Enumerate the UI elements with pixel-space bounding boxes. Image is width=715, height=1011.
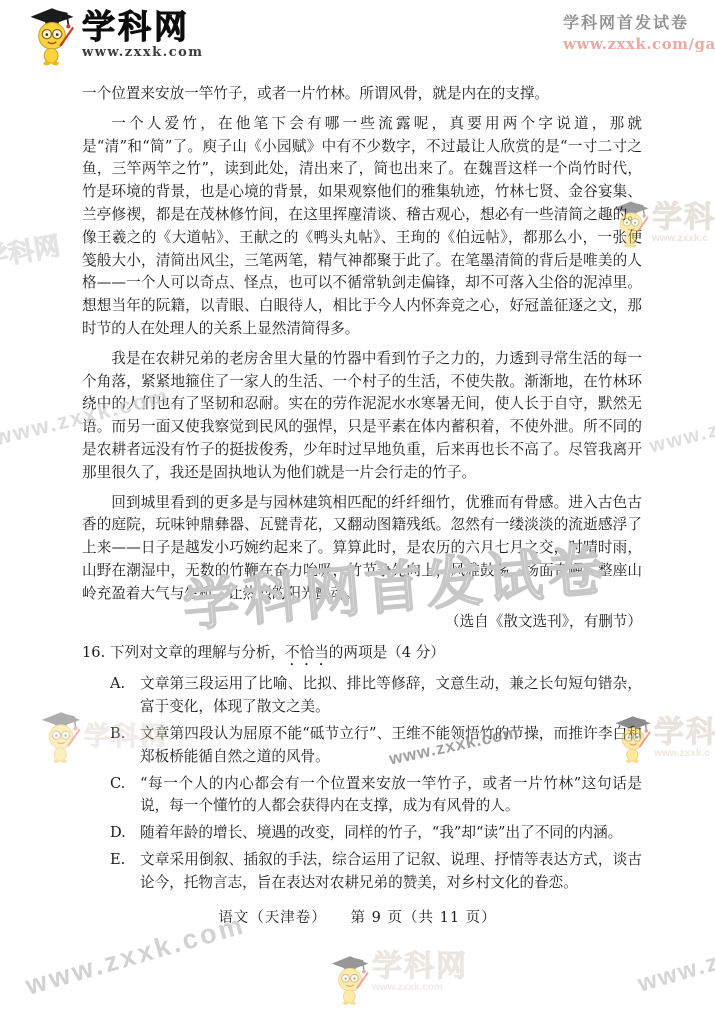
logo-brand-name: 学科网 — [82, 10, 204, 44]
header-banner-url: www.zxxk.com/gaok — [563, 35, 715, 53]
watermark-brand-faint-left: 学科网 — [0, 226, 63, 276]
mascot-icon — [26, 4, 78, 66]
option-list: A. 文章第三段运用了比喻、比拟、排比等修辞，文意生动，兼之长句短句错杂，富于变… — [82, 673, 642, 894]
option-d-text: 随着年龄的增长、境遇的改变，同样的竹子，“我”却“读”出了不同的内涵。 — [140, 824, 622, 841]
header-banner-text: 学科网首发试卷 — [563, 10, 715, 33]
article-body: 一个位置来安放一竿竹子，或者一片竹林。所谓风骨，就是内在的支撑。 一个人爱竹，在… — [82, 83, 642, 895]
watermark-logo-block: 学科网 www.zxxk.com — [372, 952, 468, 993]
option-b-text: 文章第四段认为屈原不能“砥节立行”、王维不能领悟竹的节操，而推许李白和郑板桥能循… — [140, 725, 642, 765]
option-e-label: E. — [110, 849, 125, 872]
question-stem-emphasis: 不恰当 — [285, 644, 329, 661]
option-a: A. 文章第三段运用了比喻、比拟、排比等修辞，文意生动，兼之长句短句错杂，富于变… — [82, 673, 642, 719]
option-a-text: 文章第三段运用了比喻、比拟、排比等修辞，文意生动，兼之长句短句错杂，富于变化，体… — [140, 675, 642, 715]
question-number: 16. — [82, 644, 105, 661]
watermark-brand-text: 学科网 — [652, 203, 715, 233]
watermark-brand-url: www.zxxk.com — [372, 982, 468, 993]
source-attribution: （选自《散文选刊》，有删节） — [82, 611, 642, 634]
option-e-text: 文章采用倒叙、插叙的手法，综合运用了记叙、说理、抒情等表达方式，谈古论今，托物言… — [140, 851, 642, 891]
watermark-mascot-bottom-center: 学科网 www.zxxk.com — [328, 952, 468, 1006]
header-right-block: 学科网首发试卷 www.zxxk.com/gaok — [563, 10, 715, 53]
option-c-text: “每一个人的内心都会有一个位置来安放一竿竹子，或者一片竹林”这句话是说，每一个懂… — [140, 775, 642, 815]
watermark-url-bottom-right: www.zxxk. — [635, 933, 715, 998]
article-paragraph: 回到城里看到的更多是与园林建筑相匹配的纤纤细竹，优雅而有骨感。进入古色古香的庭院… — [82, 492, 642, 606]
watermark-url-right: www.zxxk.c — [647, 404, 715, 458]
logo-site-url: www.zxxk.com — [82, 45, 204, 60]
question-16: 16. 下列对文章的理解与分析，不恰当的两项是（4 分） A. 文章第三段运用了… — [82, 641, 642, 894]
watermark-brand-text: 学科网 — [654, 718, 715, 748]
page-footer: 语文（天津卷） 第 9 页（共 11 页） — [0, 906, 715, 927]
watermark-brand-text: 学科网 — [372, 952, 468, 982]
watermark-logo-block: 学科网 www.zxxk.c — [654, 718, 715, 759]
question-stem-pre: 下列对文章的理解与分析， — [110, 644, 285, 661]
watermark-brand-url: www.zxxk.c — [654, 748, 715, 759]
site-logo: 学科网 www.zxxk.com — [26, 4, 204, 66]
option-e: E. 文章采用倒叙、插叙的手法，综合运用了记叙、说理、抒情等表达方式，谈古论今，… — [82, 849, 642, 895]
watermark-brand-url: www.zxxk.c — [652, 233, 715, 244]
option-a-label: A. — [110, 673, 125, 696]
article-paragraph: 一个人爱竹，在他笔下会有哪一些流露呢，真要用两个字说道，那就是“清”和“简”了。… — [82, 113, 642, 341]
question-stem-post: 的两项是（4 分） — [329, 644, 445, 661]
mascot-icon — [38, 708, 84, 764]
option-b: B. 文章第四段认为屈原不能“砥节立行”、王维不能领悟竹的节操，而推许李白和郑板… — [82, 723, 642, 769]
option-d: D. 随着年龄的增长、境遇的改变，同样的竹子，“我”却“读”出了不同的内涵。 — [82, 822, 642, 845]
watermark-logo-block: 学科网 www.zxxk.c — [652, 203, 715, 244]
article-paragraph: 一个位置来安放一竿竹子，或者一片竹林。所谓风骨，就是内在的支撑。 — [82, 83, 642, 106]
article-paragraph: 我是在农耕兄弟的老房舍里大量的竹器中看到竹子之力的，力透到寻常生活的每一个角落，… — [82, 348, 642, 485]
option-b-label: B. — [110, 723, 125, 746]
option-c-label: C. — [110, 773, 125, 796]
question-stem: 16. 下列对文章的理解与分析，不恰当的两项是（4 分） — [82, 641, 642, 669]
option-c: C. “每一个人的内心都会有一个位置来安放一竿竹子，或者一片竹林”这句话是说，每… — [82, 773, 642, 819]
option-d-label: D. — [110, 822, 126, 845]
mascot-icon — [328, 952, 372, 1006]
logo-text-block: 学科网 www.zxxk.com — [82, 10, 204, 60]
